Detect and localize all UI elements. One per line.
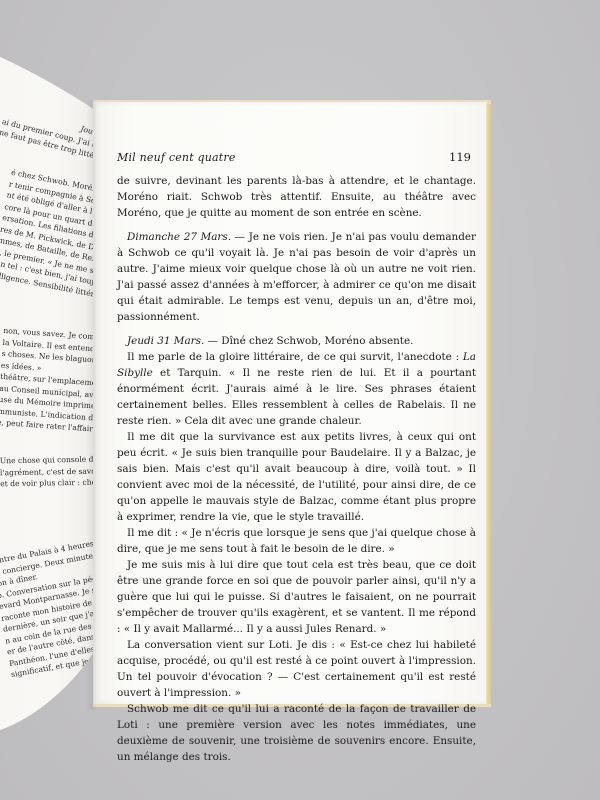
left-fragment: Une chose qui console de vieillir, qui bbox=[0, 453, 95, 467]
paragraph: Il me dit que la survivance est aux peti… bbox=[117, 429, 476, 525]
paragraph: La conversation vient sur Loti. Je dis :… bbox=[117, 637, 476, 701]
left-page-block: non, vous savez. Je commence à la Voltai… bbox=[0, 325, 95, 439]
left-page-block: rentre du Palais à 4 heures. Je trouve l… bbox=[0, 530, 95, 681]
left-page-block: é chez Schwob. Moréno dînait en ville r … bbox=[0, 167, 95, 309]
left-page-block: Une chose qui console de vieillir, qui l… bbox=[0, 453, 95, 490]
page-number: 119 bbox=[449, 150, 471, 164]
entry-date: Dimanche 27 Mars. bbox=[127, 231, 231, 243]
paragraph: Il me dit : « Je n'écris que lorsque je … bbox=[117, 525, 476, 557]
page-header: Mil neuf cent quatre 119 bbox=[117, 151, 475, 167]
page-body: de suivre, devinant les parents là-bas à… bbox=[117, 173, 476, 765]
gutter-shadow bbox=[86, 100, 96, 710]
paragraph: Schwob me dit ce qu'il lui a raconté de … bbox=[117, 701, 476, 765]
paragraph: Je me suis mis à lui dire que tout cela … bbox=[117, 557, 476, 637]
left-fragment: et de voir plus clair : choses et gens. bbox=[0, 476, 95, 490]
paragraph: Il me parle de la gloire littéraire, de … bbox=[117, 349, 476, 429]
diary-entry: Jeudi 31 Mars. — Dîné chez Schwob, Morén… bbox=[117, 333, 476, 349]
paragraph: de suivre, devinant les parents là-bas à… bbox=[117, 173, 476, 221]
left-page-block: Journal littéraire ai du premier coup. J… bbox=[0, 104, 95, 174]
diary-entry: Dimanche 27 Mars. — Je ne vois rien. Je … bbox=[117, 229, 476, 325]
running-title: Mil neuf cent quatre bbox=[117, 151, 236, 164]
left-page: Journal littéraire ai du premier coup. J… bbox=[0, 30, 95, 770]
page-fore-edge bbox=[486, 104, 491, 704]
entry-date: Jeudi 31 Mars. bbox=[127, 335, 204, 347]
